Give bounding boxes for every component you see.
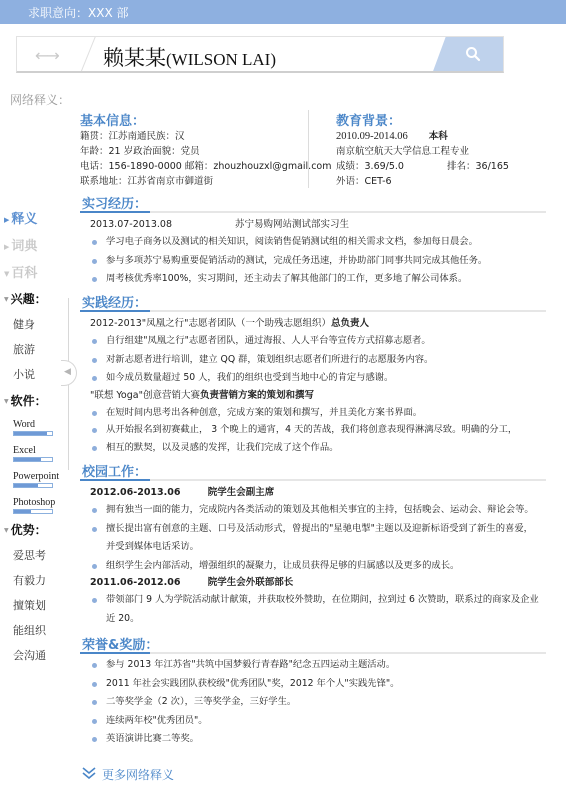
list-item: 二等奖学金（2 次），三等奖学金，三好学生。 xyxy=(80,693,546,712)
interest-item[interactable]: 小说 xyxy=(13,366,35,382)
name-cn: 赖某某 xyxy=(103,46,166,70)
strength-item[interactable]: 擅策划 xyxy=(13,597,46,613)
triangle-down-icon: ▼ xyxy=(4,527,9,534)
section-rule xyxy=(80,652,546,654)
skill-bar xyxy=(13,483,53,488)
skill-name: Photoshop xyxy=(13,497,55,508)
edu-period: 2010.09-2014.06 xyxy=(336,131,408,142)
heading-label: 兴趣： xyxy=(11,292,47,306)
skill-bar xyxy=(13,431,53,436)
section-rule-accent xyxy=(80,211,150,213)
skill-photoshop: Photoshop xyxy=(13,497,55,514)
strengths-heading[interactable]: ▼优势： xyxy=(4,521,47,538)
section-rule xyxy=(80,211,546,213)
skill-bar-fill xyxy=(14,432,47,435)
list-item: 自行组建"凤凰之行"志愿者团队，通过海报、人人平台等宣传方式招募志愿者。 xyxy=(80,332,546,351)
basic-info: 基本信息： 籍贯：江苏南通民族：汉 年龄：21 岁政治面貌：党员 电话：156-… xyxy=(80,110,332,189)
skill-bar xyxy=(13,509,53,514)
collapse-sidebar-button[interactable]: ◀ xyxy=(61,360,77,386)
search-box[interactable]: ←→ 赖某某(WILSON LAI) xyxy=(16,36,504,73)
info-line: 年龄：21 岁政治面貌：党员 xyxy=(80,144,332,159)
honors-section: 荣誉&奖励： 参与 2013 年江苏省"共筑中国梦毅行青春路"纪念五四运动主题活… xyxy=(80,634,546,749)
edu-line: 2010.09-2014.06 本科 xyxy=(336,129,509,144)
practice-section: 实践经历： 2012-2013"凤凰之行"志愿者团队（一个助残志愿组织）总负责人… xyxy=(80,292,546,456)
search-query-name[interactable]: 赖某某(WILSON LAI) xyxy=(103,42,276,72)
continuation-text: 并受到媒体电话采访。 xyxy=(106,541,199,552)
skill-word: Word xyxy=(13,419,55,436)
entry-title: 2012-2013"凤凰之行"志愿者团队（一个助残志愿组织） xyxy=(90,318,331,329)
entry-period: 2011.06-2012.06 xyxy=(90,577,180,588)
list-item: 学习电子商务以及测试的相关知识，阅读销售促销测试组的相关需求文档，参加每日晨会。 xyxy=(80,233,546,252)
list-item-continuation: 并受到媒体电话采访。 xyxy=(80,538,546,557)
entry-head: 2013.07-2013.08 苏宁易购网站测试部实习生 xyxy=(80,217,546,233)
skill-powerpoint: Powerpoint xyxy=(13,471,55,488)
list-item: 拥有独当一面的能力，完成院内各类活动的策划及其他相关事宜的主持，包括晚会、运动会… xyxy=(80,501,546,520)
list-item: 2011 年社会实践团队获校级"优秀团队"奖，2012 年个人"实践先锋"。 xyxy=(80,675,546,694)
divider xyxy=(78,36,96,73)
more-definitions-link[interactable]: 更多网络释义 xyxy=(82,766,174,783)
bullet-list: 带领部门 9 人为学院活动献计献策，并获取校外赞助，在位期间，拉到过 6 次赞助… xyxy=(80,591,546,628)
education-info: 教育背景： 2010.09-2014.06 本科 南京航空航天大学信息工程专业 … xyxy=(336,110,509,189)
nav-label: 释义 xyxy=(11,212,37,227)
bullet-list: 自行组建"凤凰之行"志愿者团队，通过海报、人人平台等宣传方式招募志愿者。 对新志… xyxy=(80,332,546,388)
edu-line: 成绩：3.69/5.0 排名：36/165 xyxy=(336,159,509,174)
list-item: 擅长提出富有创意的主题、口号及活动形式，曾提出的"星驰电掣"主题以及迎新标语受到… xyxy=(80,520,546,539)
entry-head: 2011.06-2012.06 院学生会外联部部长 xyxy=(80,575,546,591)
entry-role: 苏宁易购网站测试部实习生 xyxy=(235,219,349,230)
triangle-right-icon: ▶ xyxy=(4,243,9,251)
entry-period: 2012.06-2013.06 xyxy=(90,487,180,498)
entry-head: 2012-2013"凤凰之行"志愿者团队（一个助残志愿组织）总负责人 xyxy=(80,316,546,332)
campus-section: 校园工作： 2012.06-2013.06 院学生会副主席 拥有独当一面的能力，… xyxy=(80,461,546,628)
list-item: 如今成员数量超过 50 人，我们的组织也受到当地中心的肯定与感谢。 xyxy=(80,369,546,388)
skill-name: Word xyxy=(13,419,55,430)
nav-label: 词典 xyxy=(11,239,37,254)
bullet-list: 拥有独当一面的能力，完成院内各类活动的策划及其他相关事宜的主持，包括晚会、运动会… xyxy=(80,501,546,575)
skill-bar xyxy=(13,457,53,462)
sidebar-nav-encyclopedia[interactable]: ▼百科 xyxy=(4,262,37,281)
edu-language: 外语：CET-6 xyxy=(336,174,509,189)
triangle-left-icon: ◀ xyxy=(64,367,71,377)
entry-role: 院学生会副主席 xyxy=(208,487,275,498)
internship-section: 实习经历： 2013.07-2013.08 苏宁易购网站测试部实习生 学习电子商… xyxy=(80,193,546,289)
job-intention-label: 求职意向：XXX 部 xyxy=(28,4,128,21)
section-title: 实习经历： xyxy=(80,193,546,211)
section-title: 校园工作： xyxy=(80,461,546,479)
triangle-down-icon: ▼ xyxy=(4,296,9,303)
list-item: 在短时间内思考出各种创意，完成方案的策划和撰写，并且美化方案书界面。 xyxy=(80,404,546,422)
edu-rank: 排名：36/165 xyxy=(447,161,509,172)
more-link-label: 更多网络释义 xyxy=(102,768,174,782)
web-definitions-label: 网络释义： xyxy=(10,91,70,108)
heading-label: 软件： xyxy=(11,394,47,408)
section-title: 实践经历： xyxy=(80,292,546,310)
list-item-continuation: 近 20。 xyxy=(80,610,546,629)
swap-arrows-icon[interactable]: ←→ xyxy=(35,46,58,65)
entry-role: 总负责人 xyxy=(331,318,369,329)
list-item: 英语演讲比赛二等奖。 xyxy=(80,730,546,749)
search-button[interactable] xyxy=(432,36,504,73)
education-title: 教育背景： xyxy=(336,110,509,129)
heading-label: 优势： xyxy=(11,523,47,537)
sidebar-nav-definition[interactable]: ▶释义 xyxy=(4,208,37,227)
strength-item[interactable]: 有毅力 xyxy=(13,572,46,588)
triangle-down-icon: ▼ xyxy=(4,270,9,278)
interests-heading[interactable]: ▼兴趣： xyxy=(4,290,47,307)
entry-head: "联想 Yoga"创意营销大赛负责营销方案的策划和撰写 xyxy=(80,388,546,404)
strength-item[interactable]: 爱思考 xyxy=(13,547,46,563)
double-chevron-down-icon xyxy=(82,767,96,782)
list-item: 对新志愿者进行培训，建立 QQ 群，策划组织志愿者们所进行的志愿服务内容。 xyxy=(80,351,546,370)
bullet-list: 在短时间内思考出各种创意，完成方案的策划和撰写，并且美化方案书界面。 从开始报名… xyxy=(80,404,546,457)
edu-degree: 本科 xyxy=(429,131,448,142)
job-intention-bar: 求职意向：XXX 部 xyxy=(0,0,566,24)
entry-role: 院学生会外联部部长 xyxy=(208,577,294,588)
section-rule xyxy=(80,310,546,312)
software-heading[interactable]: ▼软件： xyxy=(4,392,47,409)
bullet-list: 参与 2013 年江苏省"共筑中国梦毅行青春路"纪念五四运动主题活动。 2011… xyxy=(80,656,546,749)
skill-bar-fill xyxy=(14,510,31,513)
list-item: 连续两年校"优秀团员"。 xyxy=(80,712,546,731)
info-line: 联系地址：江苏省南京市御道街 xyxy=(80,174,332,189)
triangle-down-icon: ▼ xyxy=(4,398,9,405)
interest-item[interactable]: 健身 xyxy=(13,316,35,332)
entry-title: "联想 Yoga"创意营销大赛 xyxy=(90,390,200,401)
name-en: (WILSON LAI) xyxy=(166,50,276,69)
list-item: 带领部门 9 人为学院活动献计献策，并获取校外赞助，在位期间，拉到过 6 次赞助… xyxy=(80,591,546,610)
list-item: 参与多项苏宁易购重要促销活动的测试，完成任务迅速，并协助部门同事共同完成其他任务… xyxy=(80,252,546,271)
section-rule-accent xyxy=(80,652,150,654)
list-item: 周考核优秀率100%，实习期间，还主动去了解其他部门的工作，更多地了解公司体系。 xyxy=(80,270,546,289)
list-item: 组织学生会内部活动，增强组织的凝聚力，让成员获得足够的归属感以及更多的成长。 xyxy=(80,557,546,576)
entry-role: 负责营销方案的策划和撰写 xyxy=(200,390,314,401)
list-item: 参与 2013 年江苏省"共筑中国梦毅行青春路"纪念五四运动主题活动。 xyxy=(80,656,546,675)
section-title: 荣誉&奖励： xyxy=(80,634,546,652)
continuation-text: 近 20。 xyxy=(106,613,139,624)
strength-item[interactable]: 能组织 xyxy=(13,622,46,638)
sidebar-nav-dictionary[interactable]: ▶词典 xyxy=(4,235,37,254)
entry-period: 2013.07-2013.08 xyxy=(90,219,172,230)
info-divider xyxy=(308,110,309,188)
section-rule xyxy=(80,479,546,481)
info-line: 电话：156-1890-0000 邮箱：zhouzhouzxl@gmail.co… xyxy=(80,159,332,174)
bullet-list: 学习电子商务以及测试的相关知识，阅读销售促销测试组的相关需求文档，参加每日晨会。… xyxy=(80,233,546,289)
continuation-text: 相互的默契，以及灵感的发挥，让我们完成了这个作品。 xyxy=(106,442,338,453)
section-rule-accent xyxy=(80,310,150,312)
list-item-continuation: 相互的默契，以及灵感的发挥，让我们完成了这个作品。 xyxy=(80,439,546,457)
entry-head: 2012.06-2013.06 院学生会副主席 xyxy=(80,485,546,501)
strength-item[interactable]: 会沟通 xyxy=(13,647,46,663)
skill-excel: Excel xyxy=(13,445,55,462)
search-icon xyxy=(465,46,481,62)
interest-item[interactable]: 旅游 xyxy=(13,341,35,357)
section-rule-accent xyxy=(80,479,150,481)
triangle-right-icon: ▶ xyxy=(4,216,9,224)
skill-bar-fill xyxy=(14,484,38,487)
info-line: 籍贯：江苏南通民族：汉 xyxy=(80,129,332,144)
basic-info-title: 基本信息： xyxy=(80,110,332,129)
edu-gpa: 成绩：3.69/5.0 xyxy=(336,161,404,172)
list-item: 从开始报名到初赛截止， 3 个晚上的通宵，4 天的苦战，我们将创意表现得淋漓尽致… xyxy=(80,421,546,439)
nav-label: 百科 xyxy=(11,266,37,281)
skill-bar-fill xyxy=(14,458,41,461)
edu-school: 南京航空航天大学信息工程专业 xyxy=(336,144,509,159)
skill-name: Powerpoint xyxy=(13,471,55,482)
skill-name: Excel xyxy=(13,445,55,456)
